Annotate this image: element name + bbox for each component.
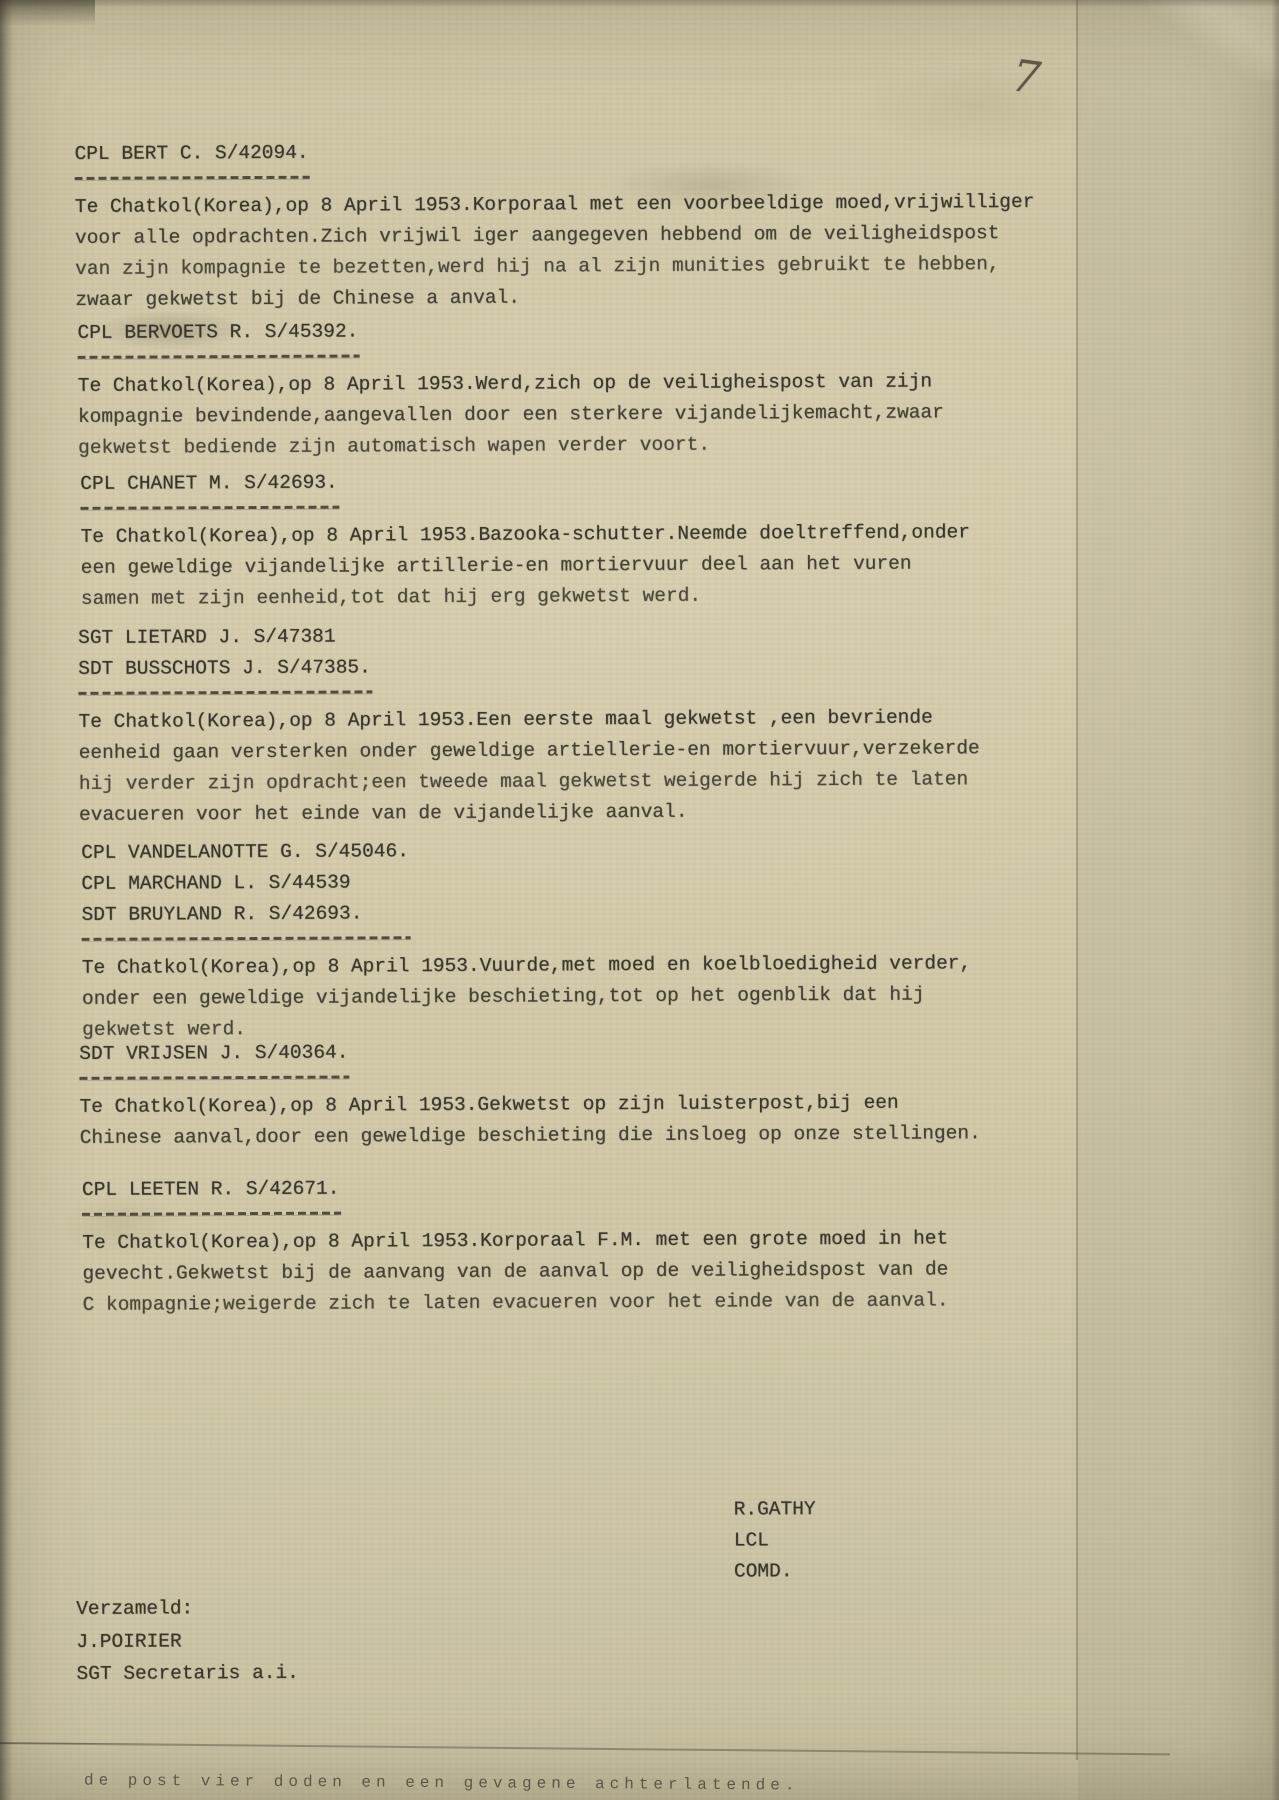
citation-text-line: Te Chatkol(Korea),op 8 April 1953.Vuurde… (82, 948, 972, 984)
typed-underline (78, 690, 372, 695)
citation-text-line: van zijn kompagnie te bezetten,werd hij … (75, 249, 1035, 285)
citation-text-line: samen met zijn eenheid,tot dat hij erg g… (81, 579, 971, 615)
citation-body: Te Chatkol(Korea),op 8 April 1953.Bazook… (80, 517, 970, 615)
citation-section: CPL CHANET M. S/42693.Te Chatkol(Korea),… (80, 464, 970, 615)
citation-text-line: zwaar gekwetst bij de Chinese a anval. (75, 280, 1035, 316)
citation-text-line: Te Chatkol(Korea),op 8 April 1953.Een ee… (78, 702, 979, 738)
soldier-name-line: CPL BERVOETS R. S/45392. (77, 313, 943, 349)
collector-name: J.POIRIER (76, 1624, 299, 1658)
soldier-name-line: CPL BERT C. S/42094. (74, 134, 1034, 170)
citation-text-line: gevecht.Gekwetst bij de aanvang van de a… (82, 1254, 948, 1290)
typed-underline (78, 354, 360, 358)
collector-label: Verzameld: (76, 1592, 299, 1626)
typed-underline (82, 936, 411, 941)
soldier-name-line: CPL MARCHAND L. S/44539 (81, 864, 971, 900)
citation-section: CPL LEETEN R. S/42671.Te Chatkol(Korea),… (82, 1170, 949, 1321)
citation-text-line: gekwetst bediende zijn automatisch wapen… (78, 428, 944, 464)
paper-right-margin-shade (1078, 0, 1279, 1800)
citation-text-line: een geweldige vijandelijke artillerie-en… (81, 548, 971, 584)
citation-body: Te Chatkol(Korea),op 8 April 1953.Korpor… (75, 187, 1035, 316)
citation-text-line: Te Chatkol(Korea),op 8 April 1953.Gekwet… (79, 1087, 980, 1123)
signature-name: R.GATHY (734, 1494, 816, 1525)
citation-text-line: Te Chatkol(Korea),op 8 April 1953.Werd,z… (78, 366, 944, 402)
soldier-name-line: CPL VANDELANOTTE G. S/45046. (81, 833, 971, 869)
citation-body: Te Chatkol(Korea),op 8 April 1953.Vuurde… (82, 948, 972, 1046)
citation-text-line: eenheid gaan versterken onder geweldige … (79, 733, 980, 769)
typed-underline (75, 176, 310, 180)
collector-title: SGT Secretaris a.i. (76, 1657, 299, 1691)
citation-text-line: hij verder zijn opdracht;een tweede maal… (79, 764, 980, 800)
typed-underline (82, 1212, 341, 1216)
typed-underline (80, 506, 339, 510)
signature-rank: LCL (734, 1525, 816, 1556)
citation-section: SDT VRIJSEN J. S/40364.Te Chatkol(Korea)… (79, 1034, 981, 1154)
citation-body: Te Chatkol(Korea),op 8 April 1953.Een ee… (78, 702, 980, 831)
citation-section: CPL BERVOETS R. S/45392.Te Chatkol(Korea… (77, 313, 944, 464)
citation-text-line: kompagnie bevindende,aangevallen door ee… (78, 397, 944, 433)
citation-body: Te Chatkol(Korea),op 8 April 1953.Gekwet… (79, 1087, 980, 1154)
citation-body: Te Chatkol(Korea),op 8 April 1953.Werd,z… (78, 366, 944, 464)
citation-body: Te Chatkol(Korea),op 8 April 1953.Korpor… (82, 1223, 948, 1321)
citation-section: SGT LIETARD J. S/47381SDT BUSSCHOTS J. S… (78, 618, 980, 831)
soldier-name-line: SGT LIETARD J. S/47381 (78, 618, 979, 654)
citation-text-line: Te Chatkol(Korea),op 8 April 1953.Korpor… (82, 1223, 948, 1259)
signature-title: COMD. (734, 1556, 816, 1587)
paper-left-edge-shadow (0, 0, 14, 1800)
citation-text-line: voor alle opdrachten.Zich vrijwil iger a… (75, 218, 1035, 254)
scanned-document-page: CPL BERT C. S/42094.Te Chatkol(Korea),op… (0, 0, 1279, 1800)
soldier-name-line: SDT BUSSCHOTS J. S/47385. (78, 649, 979, 685)
soldier-name-line: SDT BRUYLAND R. S/42693. (81, 895, 971, 931)
citation-text-line: onder een geweldige vijandelijke beschie… (82, 979, 972, 1015)
underlying-sheet-corner (1149, 0, 1279, 80)
citation-text-line: Te Chatkol(Korea),op 8 April 1953.Korpor… (75, 187, 1035, 223)
citation-text-line: C kompagnie;weigerde zich te laten evacu… (83, 1285, 949, 1321)
paper-top-edge-shadow (0, 0, 1279, 8)
citation-text-line: evacueren voor het einde van de vijandel… (79, 795, 980, 831)
citation-section: CPL VANDELANOTTE G. S/45046.CPL MARCHAND… (81, 833, 971, 1046)
typed-underline (79, 1076, 349, 1080)
citation-text-line: Chinese aanval,door een geweldige beschi… (80, 1118, 981, 1154)
signature-block: R.GATHY LCL COMD. (734, 1494, 816, 1587)
soldier-name-line: CPL LEETEN R. S/42671. (82, 1170, 948, 1206)
soldier-name-line: SDT VRIJSEN J. S/40364. (79, 1034, 980, 1070)
citation-section: CPL BERT C. S/42094.Te Chatkol(Korea),op… (74, 134, 1034, 316)
paper-right-edge-shadow (1271, 0, 1279, 1800)
collector-block: Verzameld: J.POIRIER SGT Secretaris a.i. (76, 1592, 299, 1691)
citation-text-line: Te Chatkol(Korea),op 8 April 1953.Bazook… (80, 517, 970, 553)
soldier-name-line: CPL CHANET M. S/42693. (80, 464, 970, 500)
